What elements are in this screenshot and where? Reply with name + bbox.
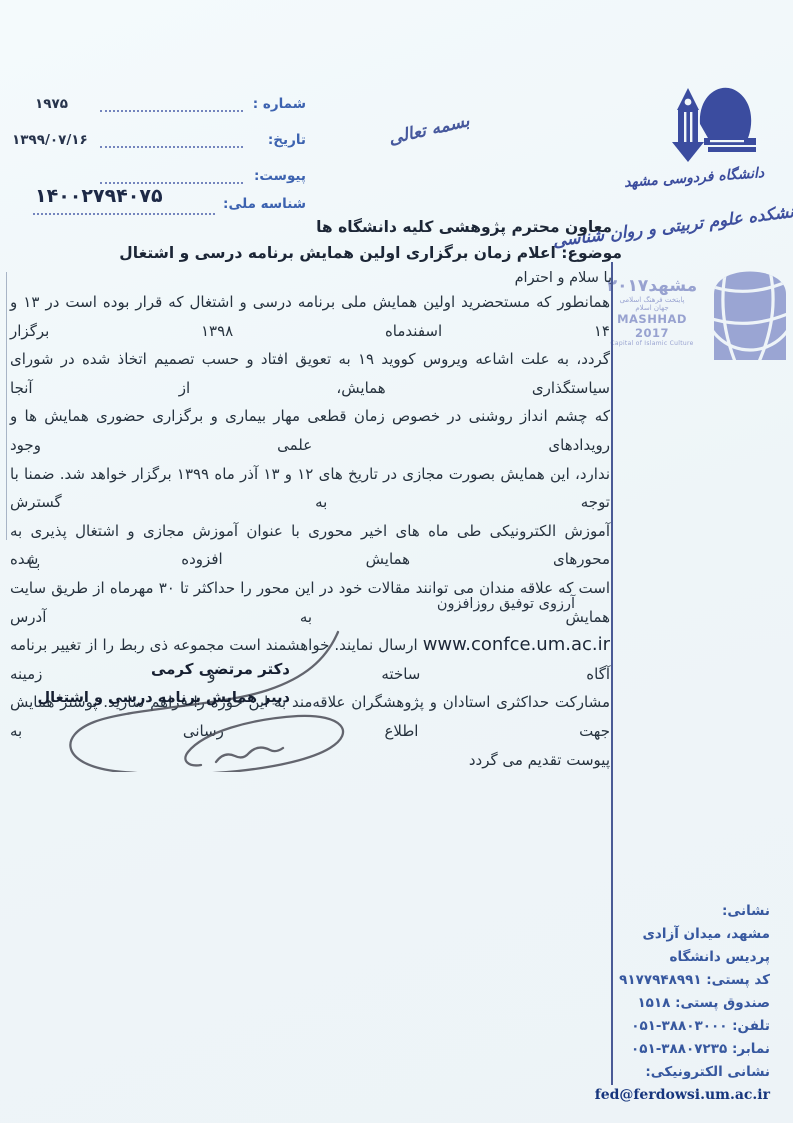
stamp-text-block: مشهد۲۰۱۷ پایتخت فرهنگ اسلامی جهان اسلام … <box>598 276 706 347</box>
stamp-subtitle-en: Capital of Islamic Culture <box>598 340 706 347</box>
attachment-field-dotted-line <box>100 169 243 184</box>
footer-phone-label: تلفن: <box>732 1018 770 1034</box>
footer-postal-code-value: ۹۱۷۷۹۴۸۹۹۱ <box>619 972 701 988</box>
footer-address-line1: مشهد، میدان آزادی <box>530 923 770 946</box>
number-field-label: شماره : <box>253 96 306 112</box>
stamp-subtitle-fa-2: جهان اسلام <box>598 304 706 312</box>
footer-po-box-value: ۱۵۱۸ <box>637 995 670 1011</box>
footer-email-label: نشانی الکترونیکی: <box>530 1061 770 1084</box>
body-line: گردد، به علت اشاعه ویروس کووید ۱۹ به تعو… <box>10 345 610 402</box>
stamp-subtitle-fa-1: پایتخت فرهنگ اسلامی <box>598 296 706 304</box>
footer-contact-block: نشانی: مشهد، میدان آزادی پردیس دانشگاه ک… <box>530 900 770 1107</box>
date-field-dotted-line <box>100 133 243 148</box>
footer-po-box-label: صندوق پستی: <box>675 995 770 1011</box>
number-field-dotted-line <box>100 97 243 112</box>
attachment-field-label: پیوست: <box>254 168 306 184</box>
stamp-globe-dome-icon <box>710 252 790 362</box>
recipient-line: معاون محترم پژوهشی کلیه دانشگاه ها <box>316 218 612 236</box>
body-line: همانطور که مستحضرید اولین همایش ملی برنا… <box>10 288 610 345</box>
scanned-letter-page: شماره : ۱۹۷۵ تاریخ: ۱۳۹۹/۰۷/۱۶ پیوست: شن… <box>0 0 793 1123</box>
footer-phone-value: ۰۵۱-۳۸۸۰۳۰۰۰ <box>631 1018 727 1034</box>
conference-url-text: www.confce.um.ac.ir <box>423 634 610 655</box>
stamp-title-fa: مشهد۲۰۱۷ <box>598 276 706 296</box>
footer-address-line2: پردیس دانشگاه <box>530 946 770 969</box>
date-field-label: تاریخ: <box>268 132 306 148</box>
body-line: که چشم انداز روشنی در خصوص زمان قطعی مها… <box>10 402 610 459</box>
footer-fax-value: ۰۵۱-۳۸۸۰۷۲۳۵ <box>631 1041 727 1057</box>
footer-po-box: صندوق پستی: ۱۵۱۸ <box>530 992 770 1015</box>
number-field-value: ۱۹۷۵ <box>35 96 68 112</box>
paper-edge-line <box>6 272 7 540</box>
footer-postal-code: کد پستی: ۹۱۷۷۹۴۸۹۹۱ <box>530 969 770 992</box>
body-line: آموزش الکترونیکی طی ماه های اخیر محوری ب… <box>10 517 610 574</box>
subject-line: موضوع: اعلام زمان برگزاری اولین همایش بر… <box>119 244 622 262</box>
body-line: ندارد، این همایش بصورت مجازی در تاریخ ها… <box>10 460 610 517</box>
footer-address-label: نشانی: <box>530 900 770 923</box>
stray-text-fragment: بـا <box>28 556 40 572</box>
national-id-field-value: ۱۴۰۰۲۷۹۴۰۷۵ <box>35 185 163 207</box>
national-id-field-label: شناسه ملی: <box>223 196 306 212</box>
date-field-value: ۱۳۹۹/۰۷/۱۶ <box>12 132 88 148</box>
mashhad-2017-stamp: مشهد۲۰۱۷ پایتخت فرهنگ اسلامی جهان اسلام … <box>598 250 790 365</box>
footer-fax: نمابر: ۰۵۱-۳۸۸۰۷۲۳۵ <box>530 1038 770 1061</box>
signer-name: دکتر مرتضی کرمی <box>151 660 290 678</box>
footer-email-value: fed@ferdowsi.um.ac.ir <box>530 1084 770 1107</box>
stamp-title-en: MASHHAD 2017 <box>598 312 706 340</box>
footer-phone: تلفن: ۰۵۱-۳۸۸۰۳۰۰۰ <box>530 1015 770 1038</box>
salutation-line: با سلام و احترام <box>515 270 612 286</box>
closing-line: آرزوی توفیق روزافزون <box>437 596 575 612</box>
signer-title: دبیر همایش برنامه درسی و اشتغال <box>38 690 290 706</box>
bismillah-calligraphy: بسمه تعالی <box>387 111 472 149</box>
footer-fax-label: نمابر: <box>732 1041 770 1057</box>
footer-postal-code-label: کد پستی: <box>706 972 770 988</box>
university-logo-icon <box>648 64 773 169</box>
university-name-calligraphy: دانشگاه فردوسی مشهد <box>624 165 765 191</box>
